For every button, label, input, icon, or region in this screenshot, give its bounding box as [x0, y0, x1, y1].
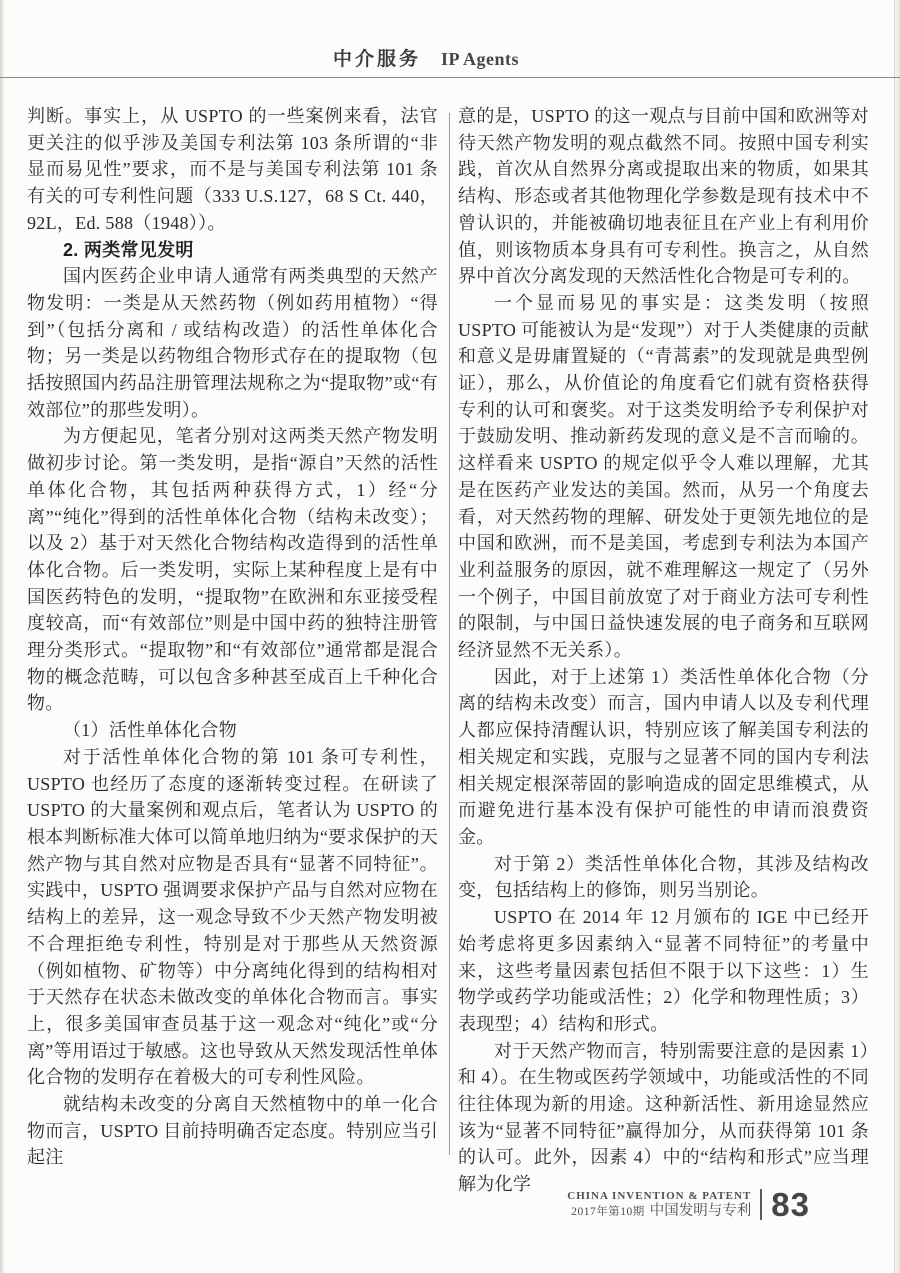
footer-divider [760, 1189, 762, 1220]
section-heading: 2. 两类常见发明 [27, 237, 438, 264]
journal-page: 中介服务 IP Agents 判断。事实上，从 USPTO 的一些案例来看，法官… [0, 0, 900, 1273]
paragraph: 对于活性单体化合物的第 101 条可专利性，USPTO 也经历了态度的逐渐转变过… [27, 744, 438, 1091]
paragraph: 国内医药企业申请人通常有两类典型的天然产物发明：一类是从天然药物（例如药用植物）… [27, 263, 438, 423]
paragraph: 意的是，USPTO 的这一观点与目前中国和欧洲等对待天然产物发明的观点截然不同。… [458, 103, 869, 290]
journal-name-cn: 中国发明与专利 [650, 1203, 752, 1219]
scan-edge-left [0, 0, 5, 1273]
issue-label: 2017年第10期 [571, 1206, 645, 1218]
paragraph: 一个显而易见的事实是：这类发明（按照 USPTO 可能被认为是“发现”）对于人类… [458, 290, 869, 664]
journal-name-en: CHINA INVENTION & PATENT [567, 1190, 751, 1202]
paragraph: 为方便起见，笔者分别对这两类天然产物发明做初步讨论。第一类发明，是指“源自”天然… [27, 423, 438, 717]
paragraph: （1）活性单体化合物 [27, 717, 438, 744]
paragraph: 判断。事实上，从 USPTO 的一些案例来看，法官更关注的似乎涉及美国专利法第 … [27, 103, 438, 237]
page-number: 83 [771, 1188, 810, 1221]
section-title-cn: 中介服务 [333, 44, 421, 71]
paragraph: 对于天然产物而言，特别需要注意的是因素 1）和 4）。在生物或医药学领域中，功能… [458, 1038, 869, 1198]
header-rule [0, 77, 900, 78]
paragraph: 就结构未改变的分离自天然植物中的单一化合物而言，USPTO 目前持明确否定态度。… [27, 1091, 438, 1171]
article-body: 判断。事实上，从 USPTO 的一些案例来看，法官更关注的似乎涉及美国专利法第 … [27, 103, 869, 1198]
right-column: 意的是，USPTO 的这一观点与目前中国和欧洲等对待天然产物发明的观点截然不同。… [458, 103, 869, 1198]
page-header: 中介服务 IP Agents [333, 44, 519, 71]
paragraph: 对于第 2）类活性单体化合物，其涉及结构改变，包括结构上的修饰，则另当别论。 [458, 851, 869, 904]
page-footer: CHINA INVENTION & PATENT 2017年第10期中国发明与专… [567, 1188, 810, 1221]
journal-info: CHINA INVENTION & PATENT 2017年第10期中国发明与专… [567, 1190, 751, 1220]
section-title-en: IP Agents [441, 49, 519, 70]
paragraph: 因此，对于上述第 1）类活性单体化合物（分离的结构未改变）而言，国内申请人以及专… [458, 664, 869, 851]
paragraph: USPTO 在 2014 年 12 月颁布的 IGE 中已经开始考虑将更多因素纳… [458, 904, 869, 1038]
left-column: 判断。事实上，从 USPTO 的一些案例来看，法官更关注的似乎涉及美国专利法第 … [27, 103, 438, 1171]
journal-name-cn-line: 2017年第10期中国发明与专利 [567, 1203, 751, 1220]
column-divider [449, 113, 450, 1155]
scan-edge-line [894, 0, 895, 1273]
